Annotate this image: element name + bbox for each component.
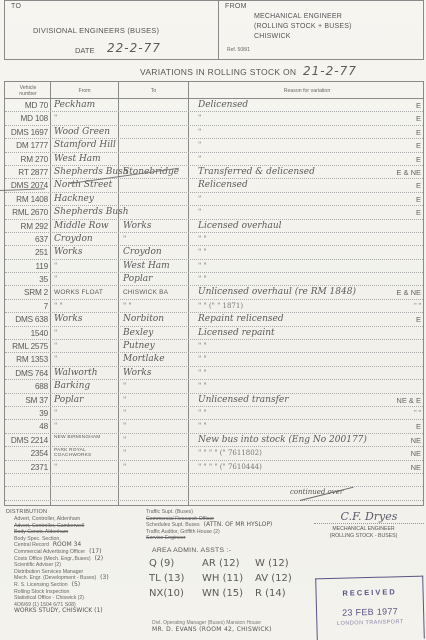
table-row: RML 2670Shepherds Bush"E [5,206,423,219]
reason-for-variation: " " [192,246,392,259]
table-row: 2371""" " " " (" 7610444)NE [5,461,423,474]
reason-for-variation: New bus into stock (Eng No 200177) [192,434,392,447]
table-row: SRM 2WORKS FLOATCHISWICK BAUnlicensed ov… [5,286,423,299]
table-row [5,487,423,500]
vehicle-number: 39 [5,407,50,420]
to-location: " [120,420,191,433]
division-code: E [383,179,421,192]
stamp-date: 23 FEB 1977 [317,606,423,619]
vehicle-number: 35 [5,273,50,286]
vehicle-number: 688 [5,380,50,393]
table-row: 39""" "" " [5,407,423,420]
table-row: DMS 764WalworthWorks" " [5,367,423,380]
distribution-item-text: Statistical Office - Chiswick (2) [14,595,84,601]
table-row: 637Croydon"" " [5,233,423,246]
title-date: 21-2-77 [303,64,357,78]
from-location [52,474,118,487]
division-code: E & NE [383,166,421,179]
table-row: MD 108""E [5,112,423,125]
table-row: RM 1408Hackney"E [5,193,423,206]
area-admin-row: NX(10)WN (15)R (14) [149,588,309,603]
vehicle-number: 251 [5,246,50,259]
table-row: 2354PARK ROYAL COACHWORKS"" " " " (" 761… [5,447,423,460]
from-line-2: (ROLLING STOCK + BUSES) [254,23,352,30]
page-title: VARIATIONS IN ROLLING STOCK ON 21-2-77 [140,64,357,78]
distribution-item-text: Central Record [14,542,49,548]
division-code: " " [383,407,421,420]
to-location: Bexley [120,327,191,340]
vehicle-number: 637 [5,233,50,246]
distribution-item: Mech. Engr. (Development - Buses)(3) [14,575,149,582]
reason-for-variation: " [192,126,392,139]
to-location [120,474,191,487]
vehicle-number: MD 70 [5,99,50,112]
to-location [120,193,191,206]
reason-for-variation: " [192,153,392,166]
from-location: " [52,273,118,286]
reason-for-variation: " " " " (" 7610444) [192,461,392,474]
from-location: Wood Green [52,126,118,139]
distribution-item: Schedules Supt. Buses(ATTN. OF MR HYSLOP… [146,522,306,529]
vehicle-number: 119 [5,260,50,273]
from-location: Peckham [52,99,118,112]
reason-for-variation: " " [192,233,392,246]
reason-for-variation: Relicensed [192,179,392,192]
table-header: Vehicle number From To Reason for variat… [5,82,423,99]
reason-for-variation: " [192,139,392,152]
area-admin-row: TL (13)WH (11)AV (12) [149,573,309,588]
vehicle-number: DMS 1697 [5,126,50,139]
distribution-item-text: Body Constr, Aldenham [14,529,68,535]
to-location: Stonebridge [120,166,191,179]
table-row: SM 37Poplar"Unlicensed transferNE & E [5,394,423,407]
vehicle-number: SM 37 [5,394,50,407]
vehicle-number: SRM 2 [5,286,50,299]
to-location: " [120,434,191,447]
variations-table: Vehicle number From To Reason for variat… [4,81,424,506]
division-code: E & NE [383,286,421,299]
received-stamp: RECEIVED 23 FEB 1977 LONDON TRANSPORT [315,576,425,640]
reason-for-variation: " " (" " 1871) [192,300,392,313]
reason-for-variation: " " [192,260,392,273]
to-location: CHISWICK BA [120,286,191,299]
division-code: NE [383,447,421,460]
table-row: DMS 2074North StreetRelicensedE [5,179,423,192]
to-location: Norbiton [120,313,191,326]
distribution-item-text: Rolling Stock Inspection [14,589,69,595]
distribution-item: R. S. Licensing Section(5) [14,582,149,589]
ops-manager-name: MR. D. EVANS (ROOM 42, CHISWICK) [152,627,272,634]
vehicle-number: 48 [5,420,50,433]
to-location: Poplar [120,273,191,286]
from-location: " [52,340,118,353]
table-row: 688Barking"" " [5,380,423,393]
vehicle-number: RM 1408 [5,193,50,206]
col-header-vehicle: Vehicle number [13,82,43,99]
to-location: " [120,233,191,246]
from-location: Stamford Hill [52,139,118,152]
distribution-item: Costs Office (Mech. Engr.,Buses)(2) [14,556,149,563]
vehicle-number: MD 108 [5,112,50,125]
from-location: " [52,461,118,474]
division-code: NE [383,434,421,447]
table-row: RML 2575"Putney" " [5,340,423,353]
division-code: E [383,313,421,326]
distribution-item: Traffic Auditor, Griffith House (2) [146,529,306,536]
vehicle-number: RM 292 [5,220,50,233]
reason-for-variation: " [192,206,392,219]
distribution-item: Scientific Adviser (2) [14,562,149,569]
division-code [383,273,421,286]
area-admin-title: AREA ADMIN. ASSTS :- [152,547,231,554]
vehicle-number: RM 270 [5,153,50,166]
distribution-item: Advert, Controller, Camberwell [14,523,149,530]
division-code: E [383,206,421,219]
division-code [383,233,421,246]
distribution-item: Rolling Stock Inspection [14,589,149,596]
reason-for-variation: " " [192,407,392,420]
distribution-item-note: (3) [100,574,109,581]
reason-for-variation: " " " " (" 7611802) [192,447,392,460]
from-location: Shepherds Bush [52,206,118,219]
table-row: 1540"BexleyLicensed repaint [5,327,423,340]
distribution-item-text: Distribution Services Manager [14,569,83,575]
reason-for-variation: " " [192,340,392,353]
table-row: DMS 1697Wood Green"E [5,126,423,139]
vehicle-number: RT 2877 [5,166,50,179]
vehicle-number: 2371 [5,461,50,474]
division-code: E [383,99,421,112]
vehicle-number [5,487,50,500]
to-section: TO DIVISIONAL ENGINEERS (BUSES) DATE 22-… [5,1,219,59]
from-location: " [52,327,118,340]
distribution-item: Body Constr, Aldenham [14,529,149,536]
vehicle-number: 1540 [5,327,50,340]
division-code [383,367,421,380]
distribution-item-text: Service Engineer [146,535,186,541]
distribution-item-note: (5) [72,581,81,588]
reason-for-variation: Unlicensed transfer [192,394,392,407]
from-location: Hackney [52,193,118,206]
rolling-stock-variations-form: TO DIVISIONAL ENGINEERS (BUSES) DATE 22-… [0,0,426,640]
table-row: 119"West Ham" " [5,260,423,273]
table-row: 251WorksCroydon" " [5,246,423,259]
reason-for-variation: " " [192,420,392,433]
reason-for-variation: Unlicensed overhaul (re RM 1848) [192,286,392,299]
from-location: Works [52,313,118,326]
col-header-reason: Reason for variation [189,82,425,99]
to-location: Works [120,220,191,233]
division-code [383,340,421,353]
division-code [383,220,421,233]
from-location: Poplar [52,394,118,407]
table-row: RM 292Middle RowWorksLicensed overhaul [5,220,423,233]
area-admin-entry: W (12) [255,558,308,573]
reason-for-variation: Repaint relicensed [192,313,392,326]
to-label: TO [11,3,21,10]
distribution-item-text: Commercial Advertising Officer [14,549,85,555]
reason-for-variation: Delicensed [192,99,392,112]
to-location: Works [120,367,191,380]
table-row: RT 2877Shepherds BushStonebridgeTransfer… [5,166,423,179]
division-code: E [383,420,421,433]
distribution-item-note: (ATTN. OF MR HYSLOP) [204,521,273,528]
division-code: NE & E [383,394,421,407]
from-location: " [52,407,118,420]
distribution-item-note: ROOM 34 [53,541,81,548]
title-text: VARIATIONS IN ROLLING STOCK ON [140,67,296,77]
to-location [120,99,191,112]
to-location: " [120,447,191,460]
distribution-item-text: Traffic Auditor, Griffith House (2) [146,529,220,535]
reason-for-variation: " " [192,367,392,380]
vehicle-number: DMS 638 [5,313,50,326]
to-location: " [120,380,191,393]
vehicle-number: 7 [5,300,50,313]
to-location [120,153,191,166]
distribution-item: Advert, Controller, Aldenham [14,516,149,523]
table-row: DMS 638WorksNorbitonRepaint relicensedE [5,313,423,326]
from-location: PARK ROYAL COACHWORKS [52,448,116,458]
reason-for-variation: Transferred & delicensed [192,166,392,179]
to-location [120,139,191,152]
to-location [120,126,191,139]
from-location: " [52,112,118,125]
division-code [383,474,421,487]
to-location [120,179,191,192]
distribution-item-text: Traffic Supt. (Buses) [146,509,193,515]
table-row: DM 1777Stamford Hill"E [5,139,423,152]
from-section: FROM MECHANICAL ENGINEER (ROLLING STOCK … [219,1,423,59]
from-location: " [52,353,118,366]
area-admin-row: Q (9)AR (12)W (12) [149,558,309,573]
reason-for-variation: Licensed repaint [192,327,392,340]
reason-for-variation: " " [192,353,392,366]
from-location: " [52,420,118,433]
distribution-item: Statistical Office - Chiswick (2) [14,595,149,602]
division-code [383,246,421,259]
from-label: FROM [225,3,247,10]
to-location [120,487,191,500]
from-line-1: MECHANICAL ENGINEER [254,13,342,20]
distribution-item-note: (2) [95,555,104,562]
from-location: Croydon [52,233,118,246]
from-line-3: CHISWICK [254,33,291,40]
from-location: " [52,260,118,273]
distribution-item-text: Schedules Supt. Buses [146,522,200,528]
reason-for-variation: Licensed overhaul [192,220,392,233]
reason-for-variation: " " [192,273,392,286]
traffic-distribution-list: Traffic Supt. (Buses)Commercial Research… [146,509,306,542]
area-admin-entry: NX(10) [149,588,202,603]
to-location: Mortlake [120,353,191,366]
to-recipient: DIVISIONAL ENGINEERS (BUSES) [33,26,159,35]
table-row: 35"Poplar" " [5,273,423,286]
area-admin-entry: R (14) [255,588,308,603]
stamp-org: LONDON TRANSPORT [317,619,423,628]
distribution-item-text: Costs Office (Mech. Engr.,Buses) [14,556,91,562]
distribution-item: Commercial Advertising Officer(17) [14,549,149,556]
area-admin-entry: TL (13) [149,573,202,588]
table-row: RM 1353"Mortlake" " [5,353,423,366]
distribution-item: Central RecordROOM 34 [14,542,149,549]
date-label: DATE [75,46,94,55]
reference-number: Ref. 508/1 [227,47,250,53]
signature-title-line: (ROLLING STOCK - BUSES) [306,533,421,540]
col-header-to: To [119,82,188,99]
division-code [383,327,421,340]
area-admin-entry: AV (12) [255,573,308,588]
area-admin-grid: Q (9)AR (12)W (12)TL (13)WH (11)AV (12)N… [149,558,309,603]
from-location: Middle Row [52,220,118,233]
table-row [5,474,423,487]
reason-for-variation: " " [192,380,392,393]
distribution-item-text: Advert, Controller, Camberwell [14,523,84,529]
distribution-item-text: WORKS STUDY, CHISWICK (1) [14,607,103,614]
vehicle-number: DMS 764 [5,367,50,380]
table-body: MD 70PeckhamDelicensedEMD 108""EDMS 1697… [5,99,423,501]
table-row: 48""" "E [5,420,423,433]
table-row: RM 270West Ham"E [5,153,423,166]
distribution-item: Traffic Supt. (Buses) [146,509,306,516]
vehicle-number: DMS 2214 [5,434,50,447]
division-code: E [383,139,421,152]
vehicle-number: 2354 [5,447,50,460]
distribution-item-note: (17) [89,548,101,555]
from-location: Walworth [52,367,118,380]
stamp-title: RECEIVED [316,587,422,599]
from-location: NEW BIRMINGHAM [52,435,116,440]
division-code: E [383,193,421,206]
from-location: WORKS FLOAT [52,286,118,299]
to-location: West Ham [120,260,191,273]
division-code: NE [383,461,421,474]
table-row: DMS 2214NEW BIRMINGHAM"New bus into stoc… [5,434,423,447]
from-location: " " [52,300,118,313]
division-code: E [383,153,421,166]
area-admin-entry: WN (15) [202,588,255,603]
to-location: Putney [120,340,191,353]
vehicle-number: DMS 2074 [5,179,50,192]
distribution-list: Advert, Controller, AldenhamAdvert, Cont… [14,516,149,615]
area-admin-entry: Q (9) [149,558,202,573]
division-code [383,380,421,393]
table-row: MD 70PeckhamDelicensedE [5,99,423,112]
distribution-item-text: R. S. Licensing Section [14,582,68,588]
vehicle-number: RML 2670 [5,206,50,219]
division-code: " " [383,300,421,313]
to-location: Croydon [120,246,191,259]
vehicle-number [5,474,50,487]
distribution-item: WORKS STUDY, CHISWICK (1) [14,608,149,615]
date-value: 22-2-77 [107,41,161,55]
distribution-item-text: Scientific Adviser (2) [14,562,61,568]
from-location: Barking [52,380,118,393]
reason-for-variation: " [192,193,392,206]
reason-for-variation: " [192,112,392,125]
to-location [120,206,191,219]
vehicle-number: RML 2575 [5,340,50,353]
distribution-item: Service Engineer [146,535,306,542]
vehicle-number: DM 1777 [5,139,50,152]
division-code: E [383,126,421,139]
area-admin-entry: WH (11) [202,573,255,588]
distribution-item-text: Mech. Engr. (Development - Buses) [14,575,96,581]
to-location: " [120,394,191,407]
division-code [383,353,421,366]
table-row: 7" "" "" " (" " 1871)" " [5,300,423,313]
to-location [120,112,191,125]
signature-title: MECHANICAL ENGINEER (ROLLING STOCK - BUS… [306,526,421,539]
to-location: " [120,407,191,420]
vehicle-number: RM 1353 [5,353,50,366]
reason-for-variation [192,474,392,487]
division-code [383,487,421,500]
ops-manager: Divl. Operating Manager (Buses) Mansion … [152,620,272,633]
area-admin-entry: AR (12) [202,558,255,573]
from-location: West Ham [52,153,118,166]
distribution-title: DISTRIBUTION [6,509,47,515]
division-code [383,260,421,273]
to-location: " " [120,300,191,313]
header-box: TO DIVISIONAL ENGINEERS (BUSES) DATE 22-… [4,0,424,60]
to-location: " [120,461,191,474]
signature: C.F. Dryes [314,510,424,524]
distribution-item-text: Advert, Controller, Aldenham [14,516,80,522]
from-location [52,487,118,500]
from-location: Works [52,246,118,259]
division-code: E [383,112,421,125]
col-header-from: From [51,82,118,99]
